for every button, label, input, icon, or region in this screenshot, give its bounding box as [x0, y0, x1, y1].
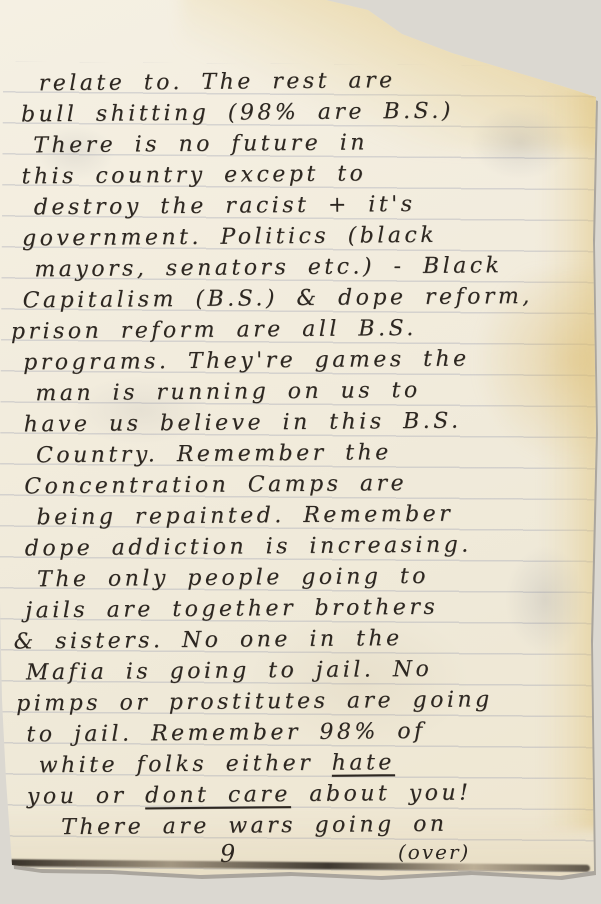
handwritten-text: to jail. Remember 98% of	[26, 719, 425, 747]
handwritten-text: programs. They're games the	[23, 347, 470, 376]
handwritten-text: about you!	[291, 781, 472, 808]
handwritten-text: government. Politics (black	[22, 223, 437, 252]
handwritten-text: The only people going to	[37, 564, 429, 592]
handwritten-text: Country. Remember the	[36, 440, 392, 468]
handwritten-text: white folks either	[39, 751, 332, 779]
handwritten-text: this country except to	[21, 161, 366, 189]
handwritten-text: relate to. The rest are	[39, 68, 396, 96]
handwritten-text: destroy the racist + it's	[34, 192, 416, 220]
underlined-word: dont care	[145, 782, 291, 808]
handwritten-text: There are wars going on	[61, 812, 448, 840]
handwritten-text: & sisters. No one in the	[14, 626, 403, 654]
handwritten-text: mayors, senators etc.) - Black	[34, 253, 502, 282]
handwritten-text: Capitalism (B.S.) & dope reform,	[23, 284, 533, 313]
letter-page: relate to. The rest arebull shitting (98…	[0, 0, 601, 904]
over-note: (over)	[398, 840, 470, 864]
handwritten-text: you or	[27, 783, 145, 809]
handwritten-text: have us believe in this B.S.	[24, 409, 462, 438]
underlined-word: hate	[332, 750, 395, 776]
handwritten-text: Concentration Camps are	[24, 471, 407, 499]
handwritten-text: There is no future in	[33, 130, 368, 158]
handwritten-text: bull shitting (98% are B.S.)	[21, 99, 454, 128]
handwritten-line: There are wars going on	[3, 807, 601, 843]
handwritten-text: pimps or prostitutes are going	[16, 687, 493, 716]
handwritten-text: prison reform are all B.S.	[11, 316, 417, 345]
scanned-letter-scene: relate to. The rest arebull shitting (98…	[0, 0, 601, 904]
handwritten-text: dope addiction is increasing.	[25, 533, 472, 562]
handwriting-lines: relate to. The rest arebull shitting (98…	[0, 63, 601, 843]
handwritten-text: Mafia is going to jail. No	[26, 657, 433, 686]
handwritten-line: Capitalism (B.S.) & dope reform,	[0, 280, 600, 316]
handwritten-text: man is running on us to	[35, 378, 420, 406]
handwritten-text: jails are together brothers	[25, 595, 438, 624]
handwritten-text: being repainted. Remember	[36, 502, 453, 531]
